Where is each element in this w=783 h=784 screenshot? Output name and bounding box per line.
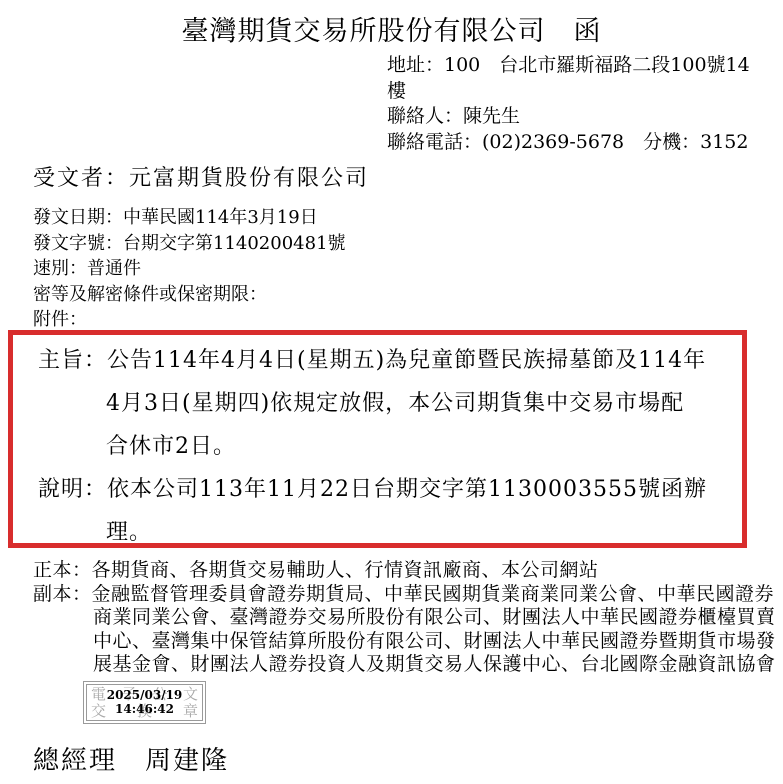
issue-date-line: 發文日期：中華民國114年3月19日 bbox=[33, 205, 346, 231]
stamp-date: 2025/03/19 bbox=[87, 688, 202, 702]
electronic-exchange-stamp: 電 子 公 文 交 換 章 2025/03/19 14:46:42 bbox=[83, 681, 206, 724]
document-title: 臺灣期貨交易所股份有限公司 函 bbox=[0, 9, 783, 48]
explanation-line-2: 理。 bbox=[13, 511, 742, 554]
address-line-1: 地址：100 台北市羅斯福路二段100號14 bbox=[387, 53, 767, 79]
cc-line-1: 副本：金融監督管理委員會證券期貨局、中華民國期貨業商業同業公會、中華民國證券 bbox=[33, 583, 776, 607]
stamp-datetime: 2025/03/19 14:46:42 bbox=[87, 688, 202, 716]
subject-line-3: 合休市2日。 bbox=[13, 425, 742, 468]
document-meta-block: 發文日期：中華民國114年3月19日 發文字號：台期交字第1140200481號… bbox=[33, 205, 346, 333]
recipient-line: 受文者：元富期貨股份有限公司 bbox=[33, 161, 369, 192]
subject-highlight-box: 主旨：公告114年4月4日(星期五)為兒童節暨民族掃墓節及114年 4月3日(星… bbox=[8, 330, 747, 548]
subject-line-1: 主旨：公告114年4月4日(星期五)為兒童節暨民族掃墓節及114年 bbox=[13, 339, 742, 382]
contact-phone: 聯絡電話：(02)2369-5678 分機：3152 bbox=[387, 130, 767, 156]
cc-line-3: 中心、臺灣集中保管結算所股份有限公司、財團法人中華民國證券暨期貨市場發 bbox=[33, 630, 776, 654]
cc-line-4: 展基金會、財團法人證券投資人及期貨交易人保護中心、台北國際金融資訊協會 bbox=[33, 653, 776, 677]
speed-line: 速別：普通件 bbox=[33, 256, 346, 282]
official-letter-document: { "letterhead": { "title": "臺灣期貨交易所股份有限公… bbox=[0, 0, 783, 784]
address-line-2: 樓 bbox=[387, 79, 767, 105]
explanation-line-1: 說明：依本公司113年11月22日台期交字第1130003555號函辦 bbox=[13, 468, 742, 511]
subject-line-2: 4月3日(星期四)依規定放假，本公司期貨集中交易市場配 bbox=[13, 382, 742, 425]
letterhead-contact-block: 地址：100 台北市羅斯福路二段100號14 樓 聯絡人：陳先生 聯絡電話：(0… bbox=[387, 53, 767, 155]
security-line: 密等及解密條件或保密期限： bbox=[33, 282, 346, 308]
cc-line-2: 商業同業公會、臺灣證券交易所股份有限公司、財團法人中華民國證券櫃檯買賣 bbox=[33, 606, 776, 630]
distribution-block: 正本：各期貨商、各期貨交易輔助人、行情資訊廠商、本公司網站 副本：金融監督管理委… bbox=[33, 559, 776, 677]
attachment-line: 附件： bbox=[33, 307, 346, 333]
original-copy-line: 正本：各期貨商、各期貨交易輔助人、行情資訊廠商、本公司網站 bbox=[33, 559, 776, 583]
contact-person: 聯絡人：陳先生 bbox=[387, 104, 767, 130]
ref-number-line: 發文字號：台期交字第1140200481號 bbox=[33, 231, 346, 257]
stamp-time: 14:46:42 bbox=[87, 702, 202, 716]
signature-line: 總經理 周建隆 bbox=[33, 740, 229, 777]
